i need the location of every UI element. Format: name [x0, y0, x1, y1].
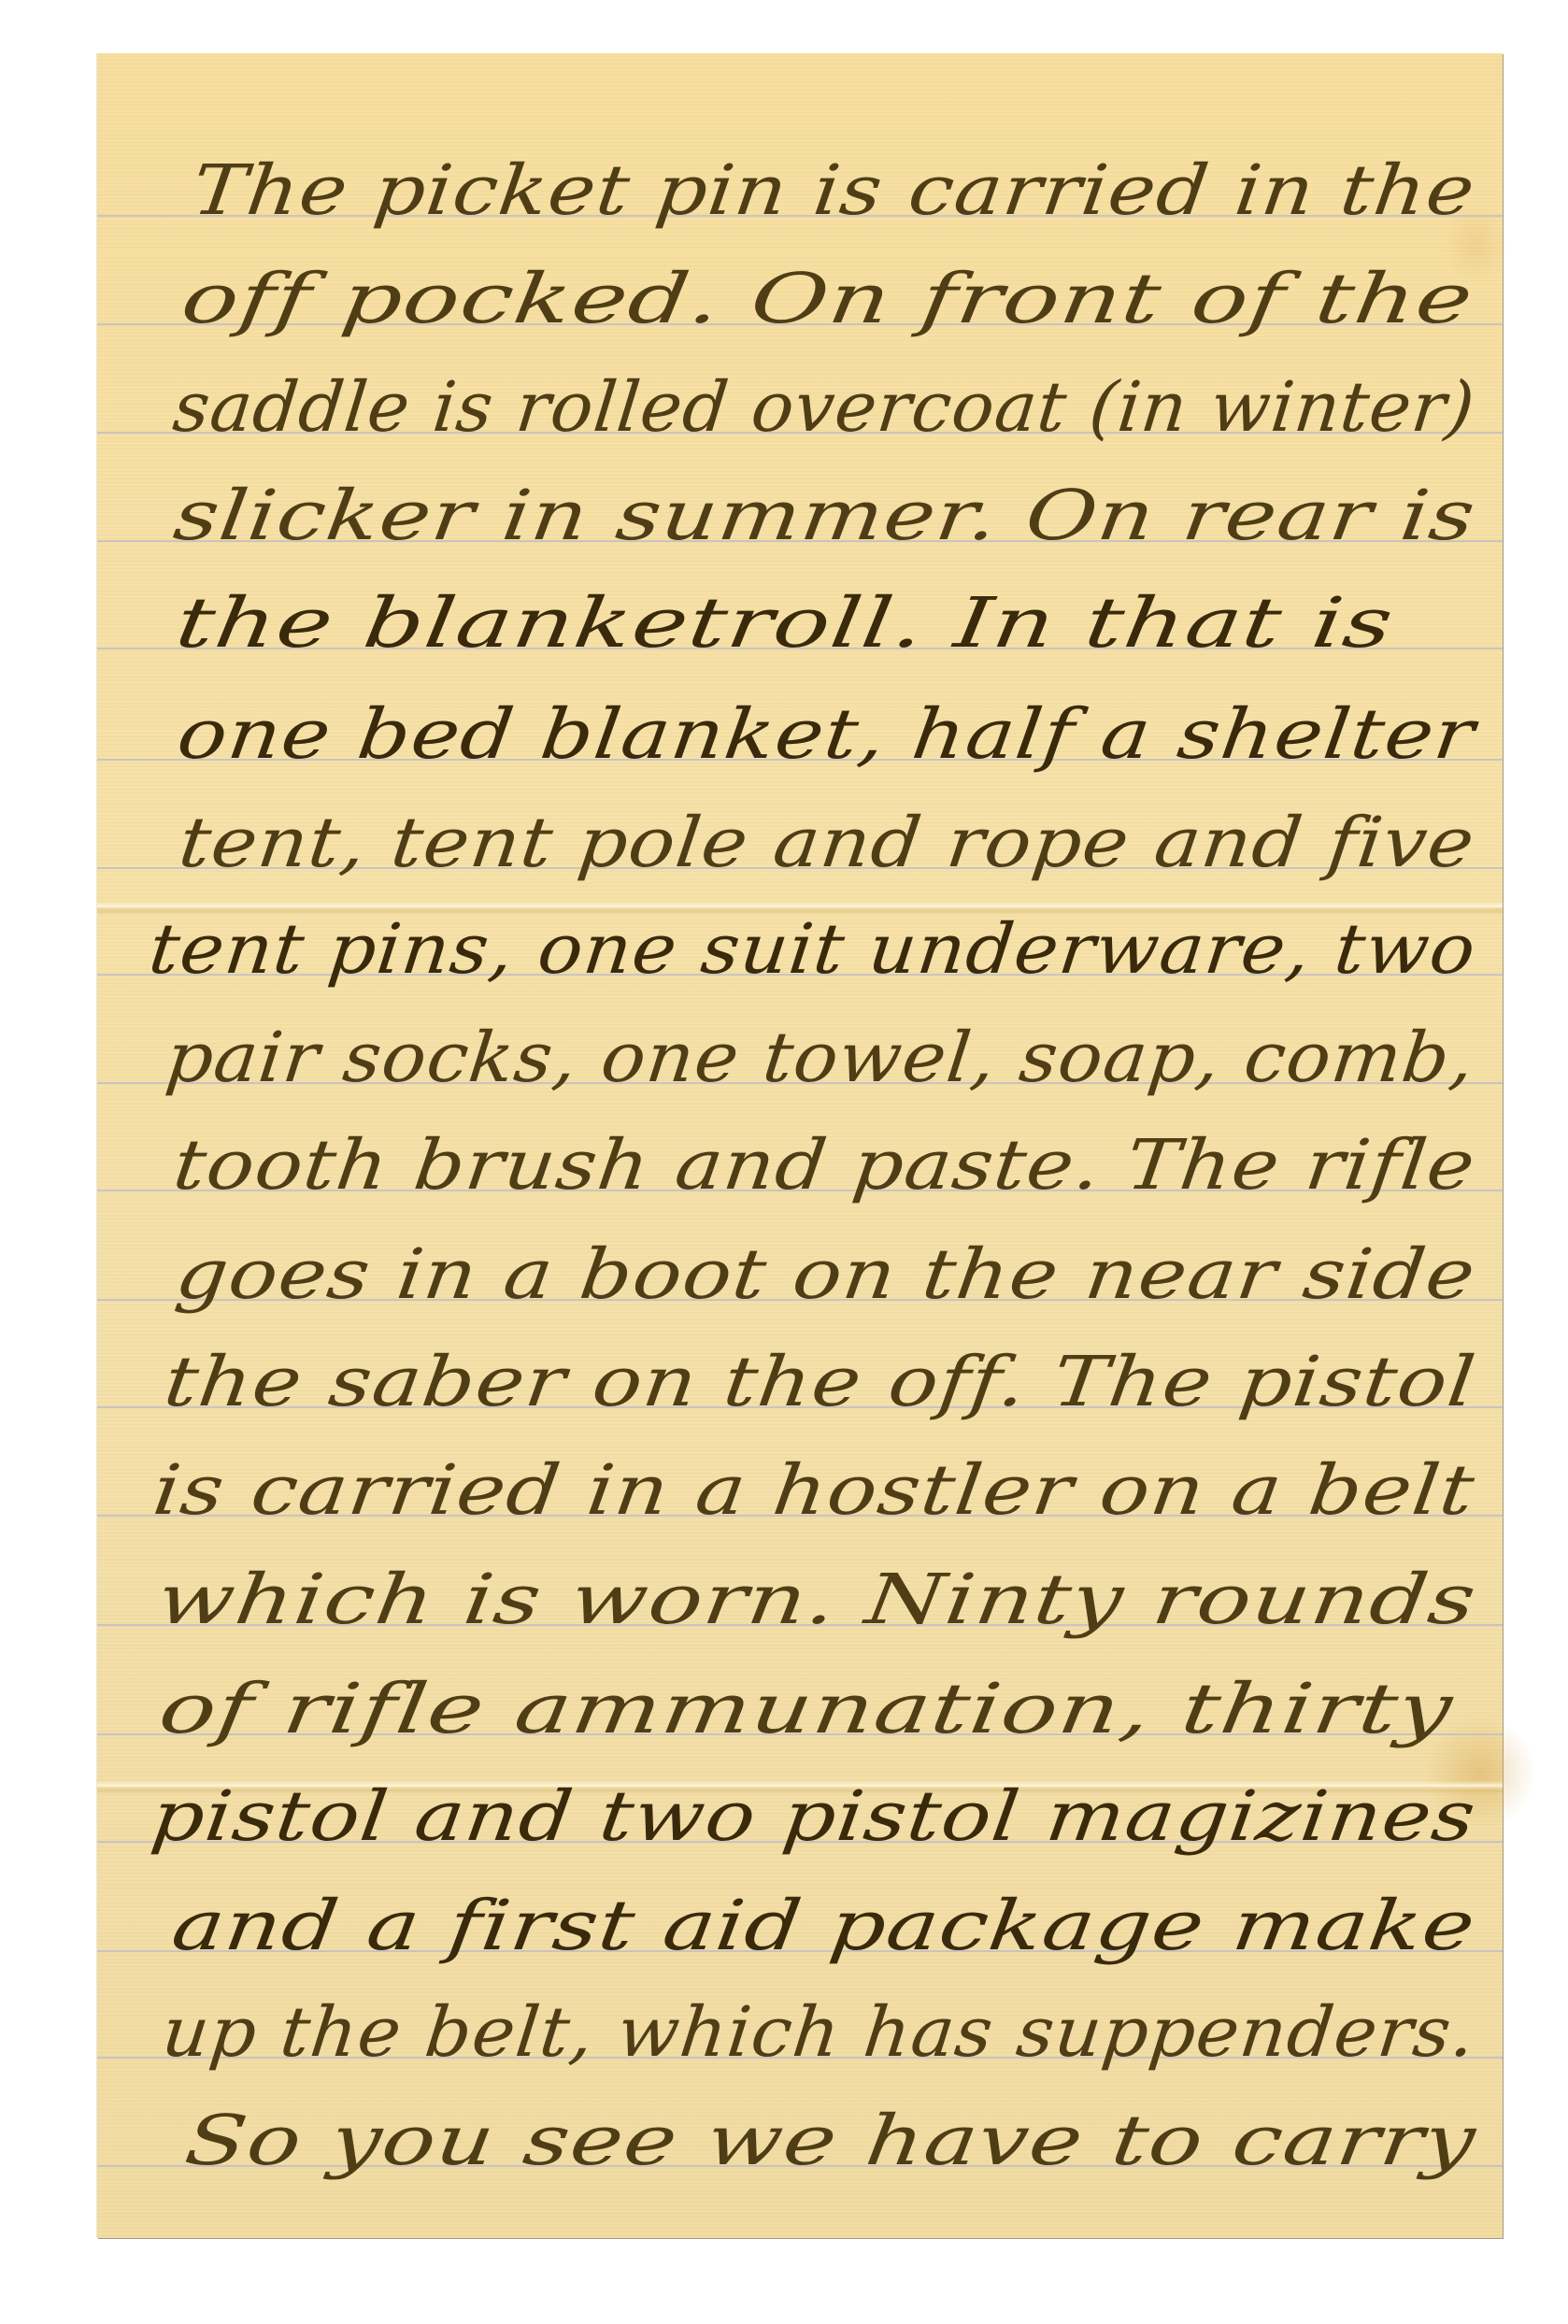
- handwritten-line: pair socks, one towel, soap, comb,: [163, 1023, 1478, 1092]
- handwritten-line: saddle is rolled overcoat (in winter): [170, 373, 1478, 442]
- handwritten-line: which is worn. Ninty rounds: [153, 1565, 1481, 1634]
- handwritten-line: the saber on the off. The pistol: [161, 1347, 1479, 1417]
- letter-page: The picket pin is carried in the off poc…: [97, 53, 1503, 2238]
- handwritten-line: The picket pin is carried in the: [189, 156, 1479, 225]
- handwritten-line: is carried in a hostler on a belt: [150, 1456, 1478, 1525]
- handwritten-line: tent, tent pole and rope and five: [176, 808, 1478, 877]
- handwritten-line: the blanketroll. In that is: [172, 589, 1398, 658]
- handwritten-line: tent pins, one suit underware, two: [146, 915, 1479, 984]
- handwritten-line: tooth brush and paste. The rifle: [170, 1131, 1479, 1200]
- handwritten-line: slicker in summer. On rear is: [170, 481, 1479, 550]
- handwritten-line: up the belt, which has suppenders.: [159, 1998, 1479, 2067]
- handwritten-line: goes in a boot on the near side: [172, 1240, 1479, 1309]
- handwritten-line: and a first aid package make: [168, 1891, 1480, 1960]
- handwritten-line: pistol and two pistol magizines: [148, 1782, 1480, 1851]
- handwritten-line: off pocked. On front of the: [178, 264, 1478, 334]
- handwritten-line: one bed blanket, half a shelter: [174, 700, 1479, 769]
- handwritten-line: of rifle ammunation, thirty: [155, 1675, 1457, 1744]
- handwritten-line: So you see we have to carry: [181, 2106, 1480, 2175]
